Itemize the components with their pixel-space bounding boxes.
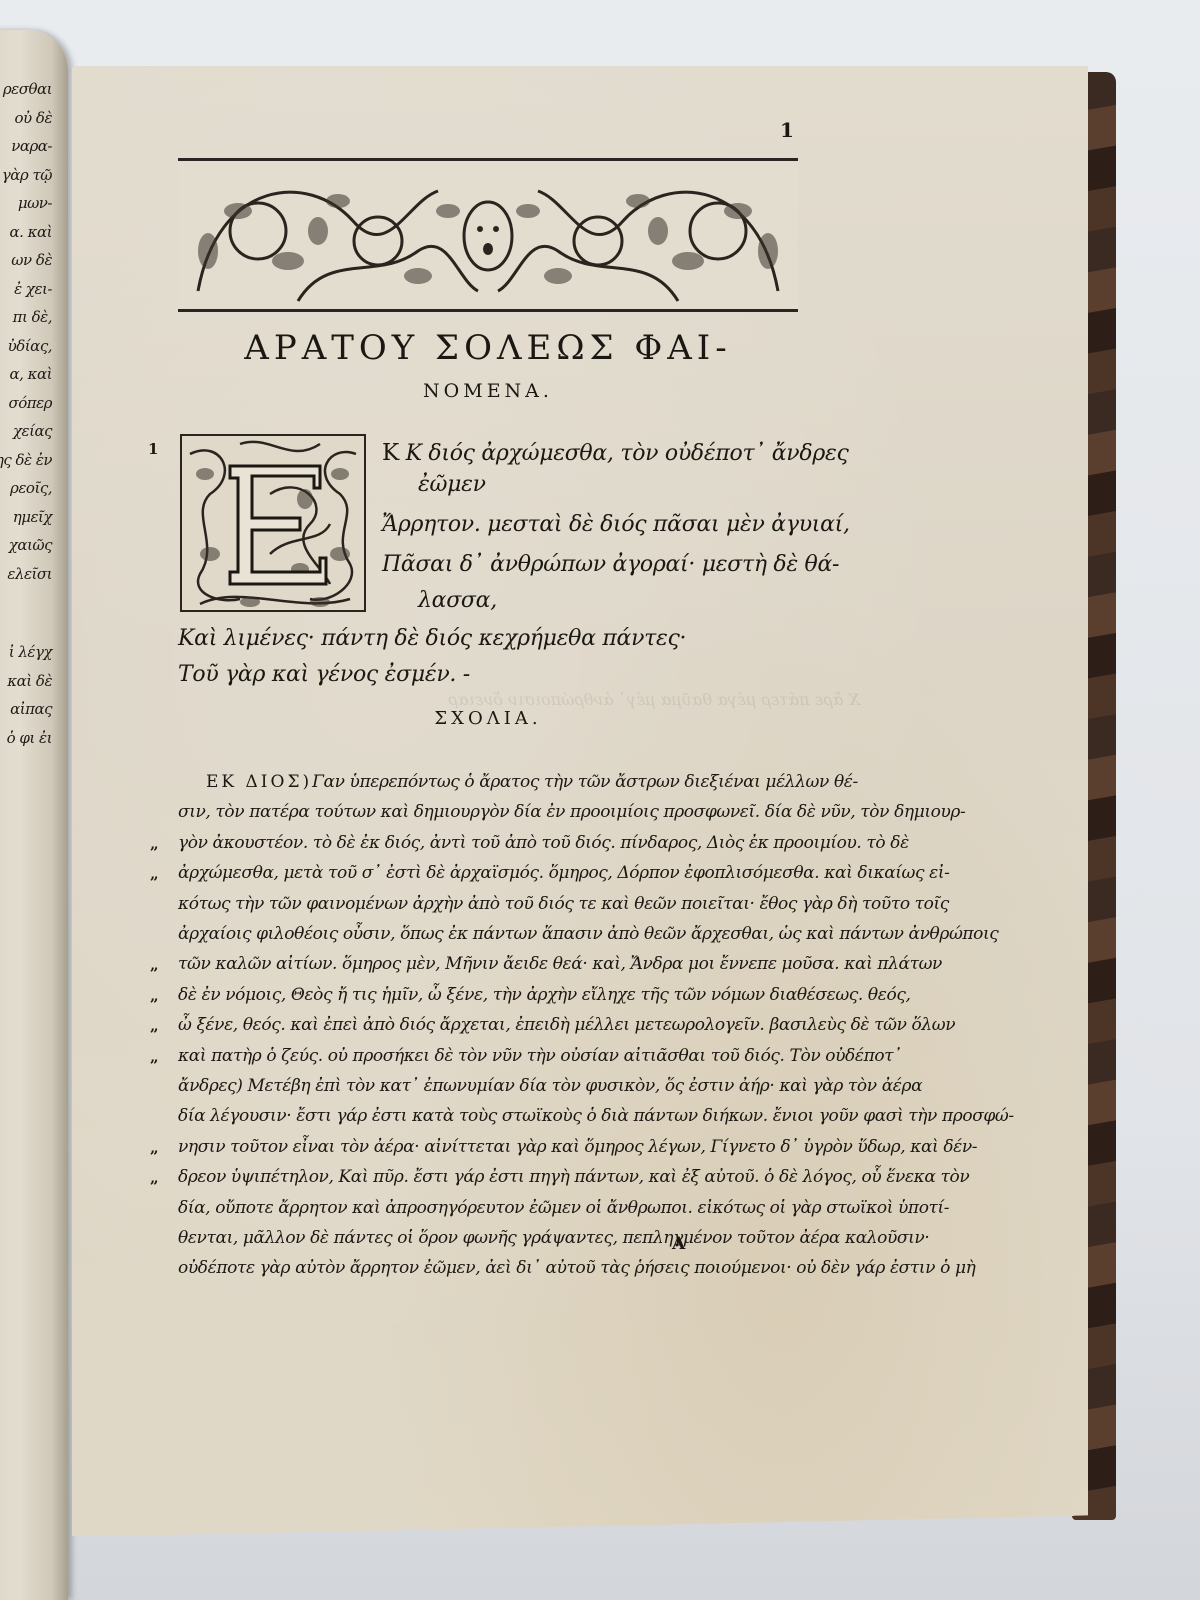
facing-page-text-fragment: ὐδίας,	[8, 337, 52, 355]
commentary-text: Γαν ὑπερεπόντως ὁ ἄρατος τὴν τῶν ἄστρων …	[312, 772, 858, 792]
commentary-text: καὶ πατὴρ ὁ ζεύς. οὐ προσήκει δὲ τὸν νῦν…	[178, 1046, 901, 1066]
signature-mark: A	[672, 1234, 685, 1254]
commentary-line: δία λέγουσιν· ἔστι γάρ ἐστι κατὰ τοὺς στ…	[178, 1106, 840, 1126]
facing-page-text-fragment: ἰ λέγχ	[9, 643, 52, 661]
facing-page-text-fragment: ημεῖχ	[13, 508, 52, 526]
quotation-marker: „	[150, 835, 159, 853]
quotation-marker: „	[150, 1169, 159, 1187]
title-line-2: ΝΟΜΕΝΑ.	[178, 380, 798, 402]
facing-page-text-fragment: ρεοῖς,	[10, 479, 52, 497]
facing-page-text-fragment: ὁ φι ἐι	[7, 729, 52, 747]
commentary-line: καὶ πατὴρ ὁ ζεύς. οὐ προσήκει δὲ τὸν νῦν…	[178, 1046, 840, 1066]
foliate-scroll-ornament-icon	[178, 161, 798, 309]
commentary-text: θενται, μᾶλλον δὲ πάντες οἱ ὅρον φωνῆς γ…	[178, 1228, 929, 1248]
commentary-line: τῶν καλῶν αἰτίων. ὅμηρος μὲν, Μῆνιν ἄειδ…	[178, 954, 840, 974]
ornamental-headpiece	[178, 158, 798, 312]
facing-page-text-fragment: ἐ χει-	[14, 280, 52, 298]
commentary-text: δία λέγουσιν· ἔστι γάρ ἐστι κατὰ τοὺς στ…	[178, 1106, 1014, 1126]
title-line-1: ΑΡΑΤΟΥ ΣΟΛΕΩΣ ΦΑΙ-	[178, 328, 798, 368]
quotation-marker: „	[150, 1139, 159, 1157]
commentary-text: γὸν ἀκουστέον. τὸ δὲ ἐκ διός, ἀντὶ τοῦ ἀ…	[178, 833, 909, 853]
commentary-line: δὲ ἐν νόμοις, Θεὸς ἤ τις ἡμῖν, ὦ ξένε, τ…	[178, 985, 840, 1005]
quotation-marker: „	[150, 1048, 159, 1066]
facing-page-text-fragment: ναρα-	[11, 137, 52, 155]
decorated-initial	[180, 434, 366, 612]
commentary-line: ὦ ξένε, θεός. καὶ ἐπεὶ ἀπὸ διός ἄρχεται,…	[178, 1015, 840, 1035]
facing-page-text-fragment: α. καὶ	[9, 223, 52, 241]
commentary-text: δὲ ἐν νόμοις, Θεὸς ἤ τις ἡμῖν, ὦ ξένε, τ…	[178, 985, 910, 1005]
facing-page-text-fragment: χείας	[13, 422, 52, 440]
page-number: 1	[780, 118, 794, 142]
facing-page-text-fragment: χαιῶς	[9, 536, 52, 554]
facing-page-text-fragment: αἰπας	[10, 700, 52, 718]
facing-page-text-fragment: πι δὲ,	[13, 308, 52, 326]
commentary-line: γὸν ἀκουστέον. τὸ δὲ ἐκ διός, ἀντὶ τοῦ ἀ…	[178, 833, 840, 853]
commentary-line: ἀρχώμεσθα, μετὰ τοῦ σ᾽ ἐστὶ δὲ ἀρχαϊσμός…	[178, 863, 840, 883]
show-through-text: Χ ἄρε πάτερ μέγα θαῦμα μέγ᾽ ἀνθρώποισιν …	[560, 690, 860, 770]
commentary-line: σιν, τὸν πατέρα τούτων καὶ δημιουργὸν δί…	[178, 802, 840, 822]
quotation-marker: „	[150, 987, 159, 1005]
commentary-line: ἀρχαίοις φιλοθέοις οὖσιν, ὅπως ἐκ πάντων…	[178, 924, 840, 944]
verse-line-3: Πᾶσαι δ᾽ ἀνθρώπων ἀγοραί· μεστὴ δὲ θά-	[382, 552, 839, 577]
commentary-text: δρεον ὑψιπέτηλον, Καὶ πῦρ. ἔστι γάρ ἐστι…	[178, 1167, 969, 1187]
commentary-text: τῶν καλῶν αἰτίων. ὅμηρος μὲν, Μῆνιν ἄειδ…	[178, 954, 942, 974]
facing-page-text-fragment: α, καὶ	[9, 365, 52, 383]
commentary-line: δρεον ὑψιπέτηλον, Καὶ πῦρ. ἔστι γάρ ἐστι…	[178, 1167, 840, 1187]
commentary-line: ἄνδρες) Μετέβη ἐπὶ τὸν κατ᾽ ἐπωνυμίαν δί…	[178, 1076, 840, 1096]
facing-page-text-fragment: μων-	[18, 194, 52, 212]
verse-line-1-cont: ἐῶμεν	[418, 472, 486, 497]
facing-page-text-fragment: ρεσθαι	[3, 80, 52, 98]
decorated-initial-e-icon	[180, 434, 366, 612]
commentary-line: ΕΚ ΔΙΟΣ)Γαν ὑπερεπόντως ὁ ἄρατος τὴν τῶν…	[206, 772, 840, 792]
commentary-line: θενται, μᾶλλον δὲ πάντες οἱ ὅρον φωνῆς γ…	[178, 1228, 840, 1248]
commentary-text: κότως τὴν τῶν φαινομένων ἀρχὴν ἀπὸ τοῦ δ…	[178, 894, 949, 914]
verse-line-1: Κ Κ διός ἀρχώμεσθα, τὸν οὐδέποτ᾽ ἄνδρες	[382, 440, 848, 466]
facing-page-text-fragment: ελεῖσι	[7, 565, 52, 583]
commentary-text: ἀρχώμεσθα, μετὰ τοῦ σ᾽ ἐστὶ δὲ ἀρχαϊσμός…	[178, 863, 949, 883]
lemma: ΕΚ ΔΙΟΣ)	[206, 772, 312, 792]
facing-page-text-fragment: ης δὲ ἐν	[0, 451, 52, 469]
verse-line-4: Καὶ λιμένες· πάντη δὲ διός κεχρήμεθα πάν…	[178, 626, 686, 651]
verse-line-3-cont: λασσα,	[418, 588, 497, 613]
facing-page-text-fragment: ων δὲ	[11, 251, 52, 269]
commentary-line: οὐδέποτε γὰρ αὐτὸν ἄρρητον ἐῶμεν, ἀεὶ δι…	[178, 1258, 840, 1278]
verse-number: 1	[148, 440, 158, 458]
facing-page-text-fragment: γὰρ τῷ	[2, 166, 52, 184]
facing-page-left: ρεσθαιοὐ δὲναρα-γὰρ τῷμων-α. καὶων δὲἐ χ…	[0, 30, 68, 1600]
commentary-text: ἄνδρες) Μετέβη ἐπὶ τὸν κατ᾽ ἐπωνυμίαν δί…	[178, 1076, 922, 1096]
scholia-heading: ΣΧΟΛΙΑ.	[178, 708, 798, 729]
verse-line-5: Τοῦ γὰρ καὶ γένος ἐσμέν. -	[178, 662, 470, 687]
quotation-marker: „	[150, 1017, 159, 1035]
commentary-line: κότως τὴν τῶν φαινομένων ἀρχὴν ἀπὸ τοῦ δ…	[178, 894, 840, 914]
verse-line-2: Ἄρρητον. μεσταὶ δὲ διός πᾶσαι μὲν ἀγυιαί…	[382, 512, 850, 537]
commentary-text: οὐδέποτε γὰρ αὐτὸν ἄρρητον ἐῶμεν, ἀεὶ δι…	[178, 1258, 975, 1278]
facing-page-text-fragment: οὐ δὲ	[15, 109, 53, 127]
commentary-text: δία, οὔποτε ἄρρητον καὶ ἀπροσηγόρευτον ἐ…	[178, 1198, 949, 1218]
facing-page-text-fragment: καὶ δὲ	[7, 672, 52, 690]
quotation-marker: „	[150, 956, 159, 974]
quotation-marker: „	[150, 865, 159, 883]
facing-page-text-fragment: σόπερ	[9, 394, 53, 412]
commentary-line: νησιν τοῦτον εἶναι τὸν ἀέρα· αἰνίττεται …	[178, 1137, 840, 1157]
commentary-text: σιν, τὸν πατέρα τούτων καὶ δημιουργὸν δί…	[178, 802, 965, 822]
commentary-text: ὦ ξένε, θεός. καὶ ἐπεὶ ἀπὸ διός ἄρχεται,…	[178, 1015, 955, 1035]
commentary-text: νησιν τοῦτον εἶναι τὸν ἀέρα· αἰνίττεται …	[178, 1137, 977, 1157]
commentary-text: ἀρχαίοις φιλοθέοις οὖσιν, ὅπως ἐκ πάντων…	[178, 924, 998, 944]
commentary-line: δία, οὔποτε ἄρρητον καὶ ἀπροσηγόρευτον ἐ…	[178, 1198, 840, 1218]
